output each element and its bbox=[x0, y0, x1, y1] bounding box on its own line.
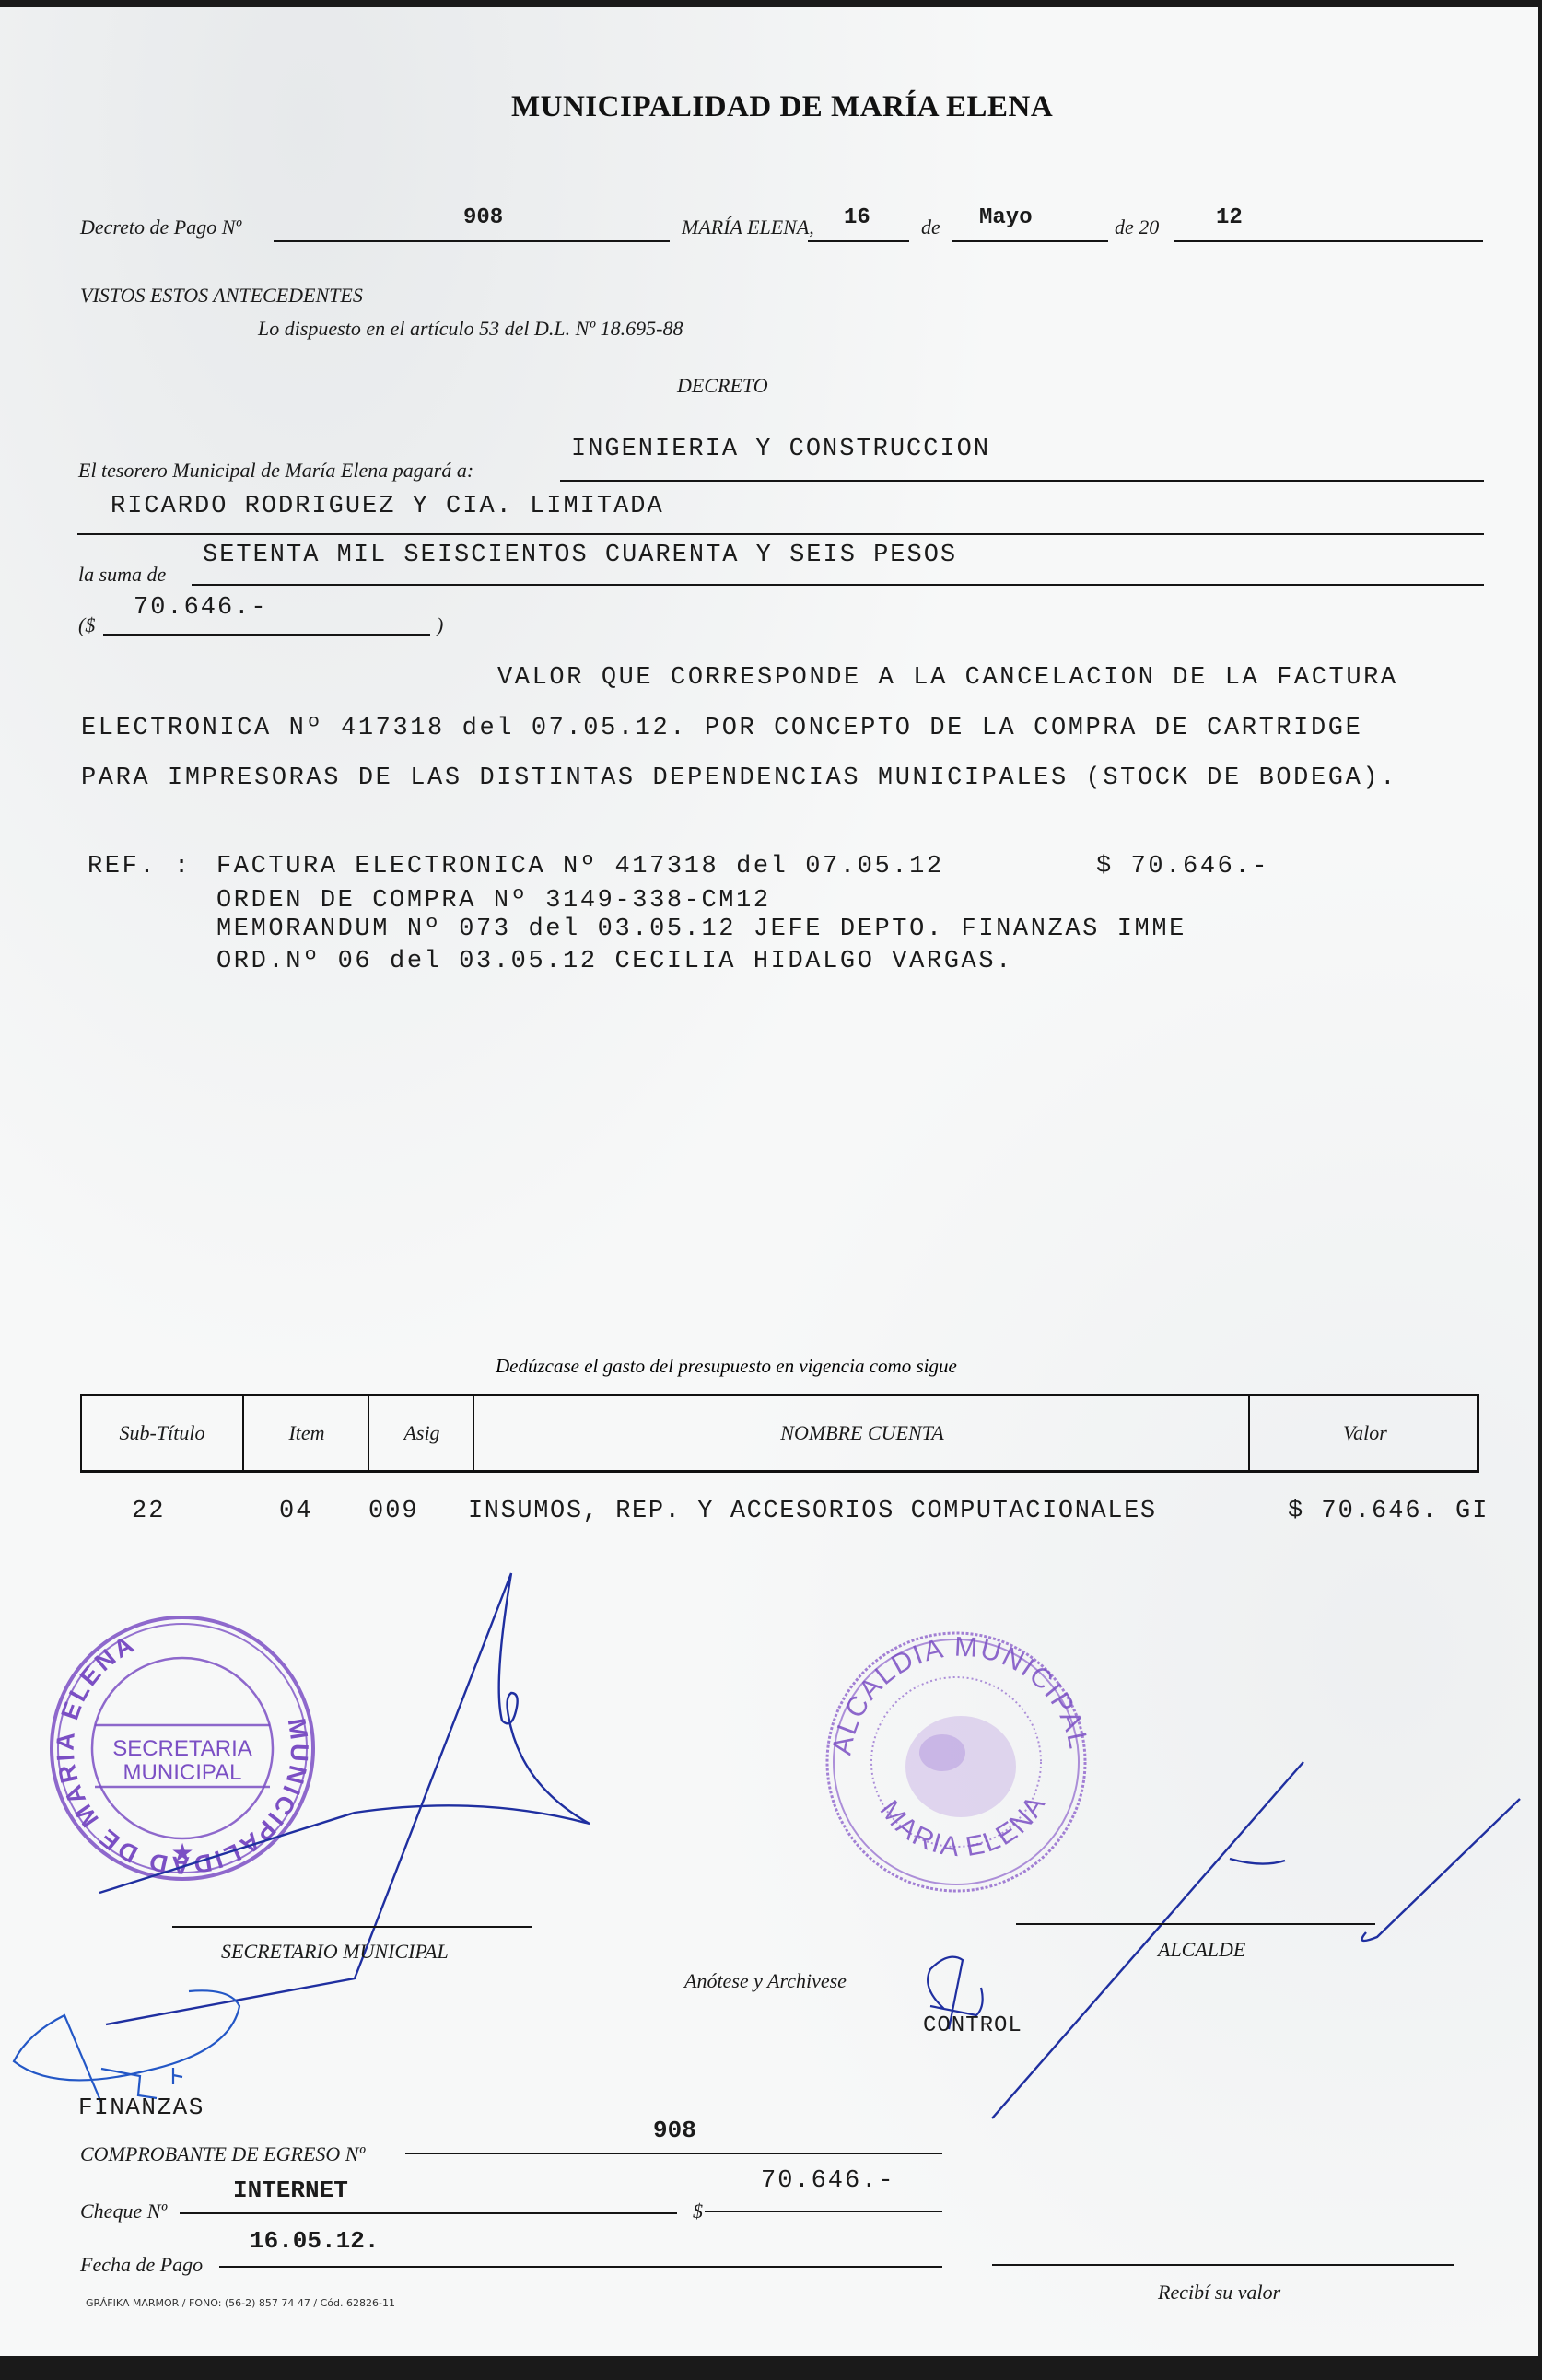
cheque-value: INTERNET bbox=[233, 2176, 348, 2204]
fecha-label: Fecha de Pago bbox=[80, 2253, 203, 2277]
secretario-label: SECRETARIO MUNICIPAL bbox=[221, 1940, 449, 1964]
alcalde-label: ALCALDE bbox=[1158, 1938, 1245, 1962]
comprobante-label: COMPROBANTE DE EGRESO Nº bbox=[80, 2142, 365, 2166]
finanzas-label: FINANZAS bbox=[78, 2094, 204, 2121]
control-label: CONTROL bbox=[923, 2013, 1022, 2038]
recibi-signature-line bbox=[992, 2264, 1454, 2266]
cheque-amount-underline bbox=[705, 2211, 942, 2212]
comprobante-number: 908 bbox=[653, 2117, 696, 2144]
signature-strokes bbox=[0, 7, 1538, 2356]
fecha-value: 16.05.12. bbox=[250, 2227, 379, 2255]
alcalde-signature-line bbox=[1016, 1923, 1375, 1925]
fecha-underline bbox=[219, 2266, 942, 2268]
cheque-underline bbox=[180, 2212, 677, 2214]
recibi-label: Recibí su valor bbox=[1158, 2281, 1280, 2304]
comprobante-underline bbox=[405, 2152, 942, 2154]
anotese-text: Anótese y Archivese bbox=[684, 1969, 847, 1993]
payment-decree-document: MUNICIPALIDAD DE MARÍA ELENA Decreto de … bbox=[0, 7, 1538, 2356]
cheque-dollar-label: $ bbox=[693, 2199, 703, 2223]
printer-footer: GRÁFIKA MARMOR / FONO: (56-2) 857 74 47 … bbox=[86, 2297, 395, 2309]
cheque-label: Cheque Nº bbox=[80, 2199, 167, 2223]
cheque-amount: 70.646.- bbox=[761, 2167, 895, 2195]
secretario-signature-line bbox=[172, 1926, 532, 1928]
